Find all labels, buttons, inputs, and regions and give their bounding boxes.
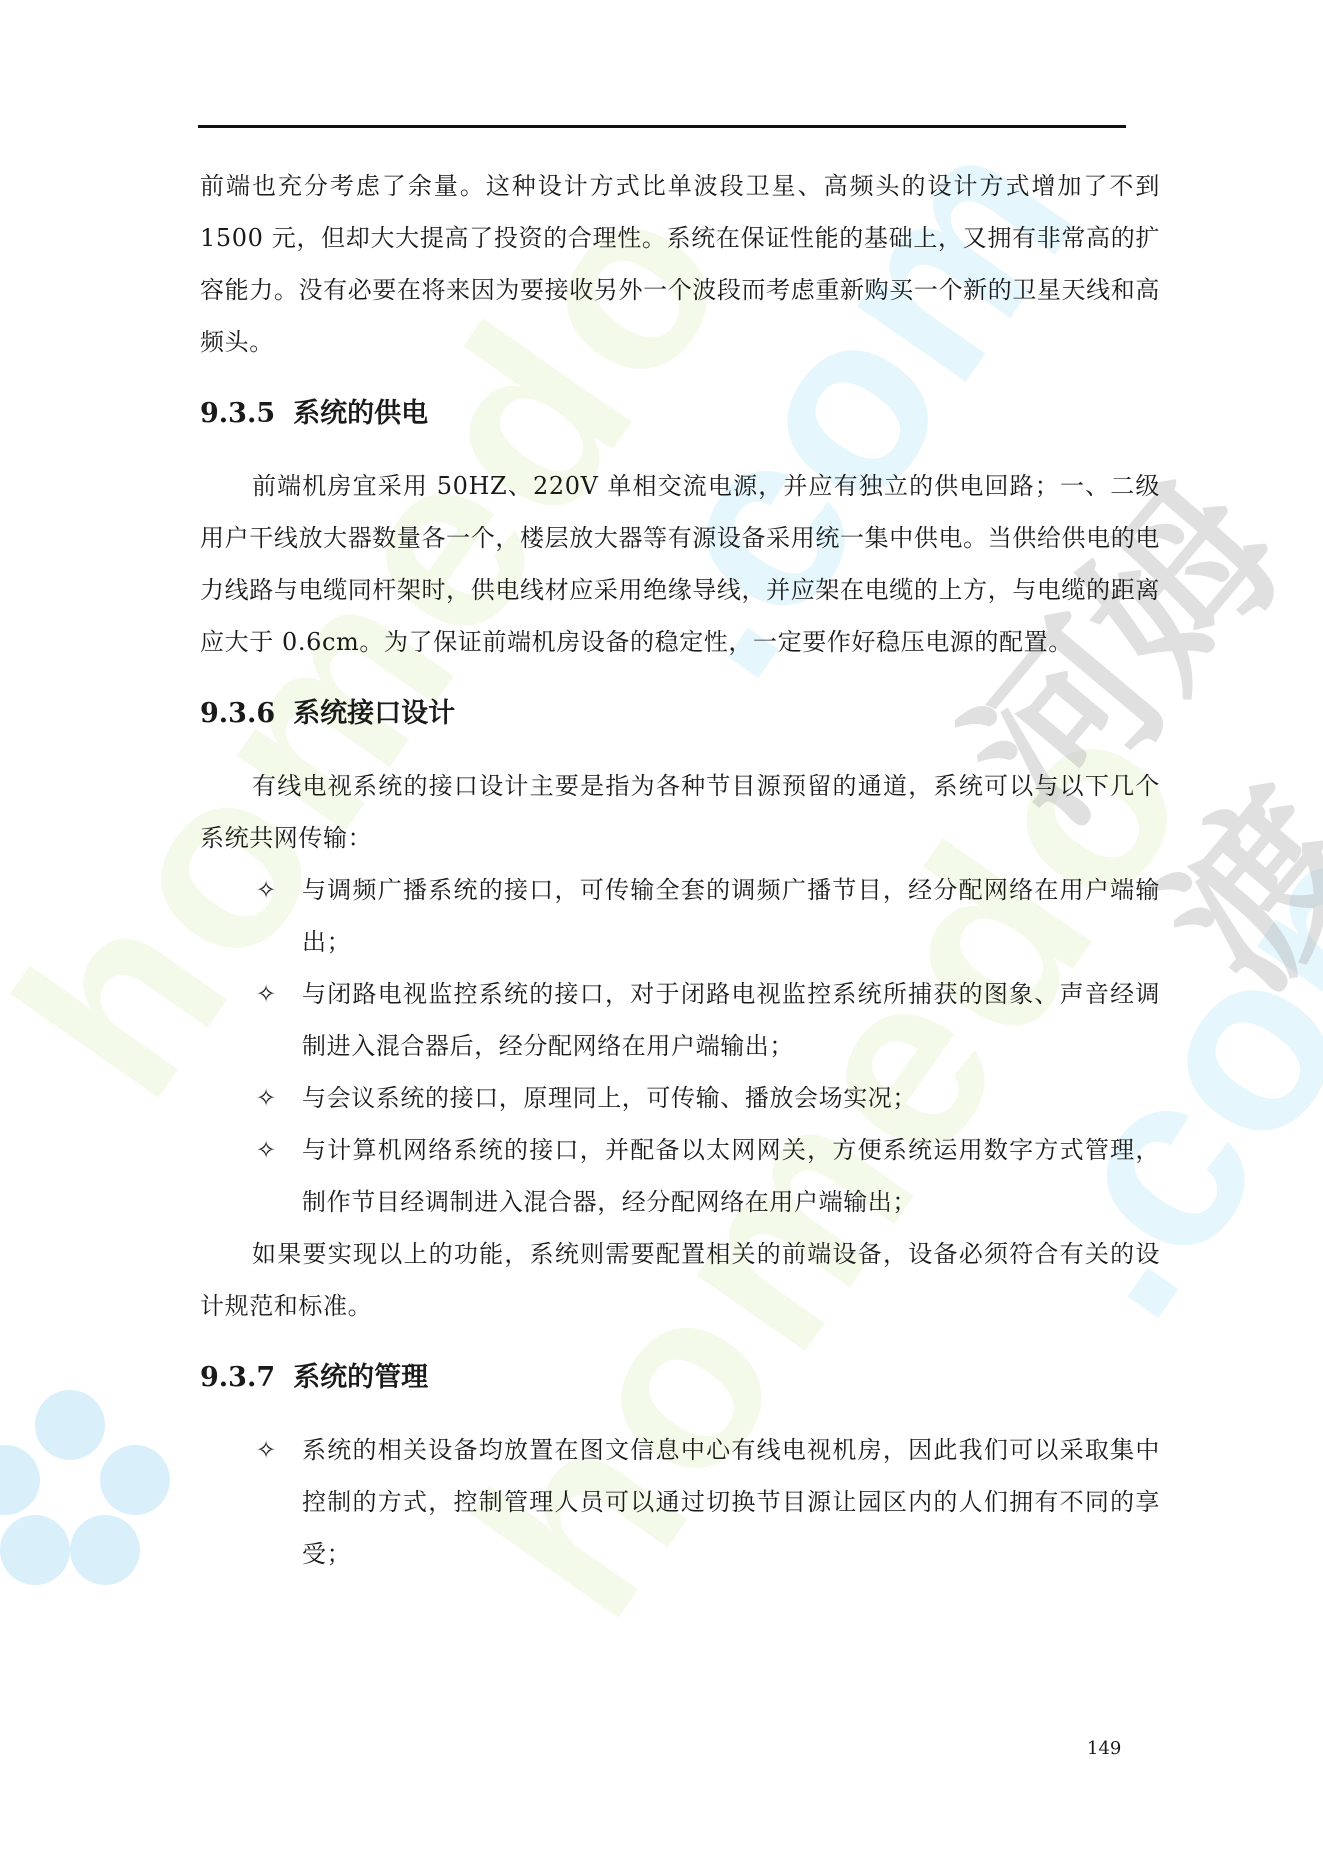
watermark-flower-logo-icon	[0, 1390, 170, 1590]
list-item: ✧系统的相关设备均放置在图文信息中心有线电视机房，因此我们可以采取集中控制的方式…	[256, 1424, 1160, 1580]
section-heading-9-3-7: 9.3.7系统的管理	[200, 1358, 1160, 1398]
list-item: ✧与调频广播系统的接口，可传输全套的调频广播节目，经分配网络在用户端输出；	[256, 864, 1160, 968]
section-title: 系统接口设计	[293, 698, 455, 729]
section-title: 系统的管理	[293, 1362, 428, 1393]
interface-bullet-list: ✧与调频广播系统的接口，可传输全套的调频广播节目，经分配网络在用户端输出； ✧与…	[200, 864, 1160, 1228]
section-heading-9-3-5: 9.3.5系统的供电	[200, 394, 1160, 434]
interface-intro-paragraph: 有线电视系统的接口设计主要是指为各种节目源预留的通道，系统可以与以下几个系统共网…	[200, 760, 1160, 864]
diamond-star-bullet-icon: ✧	[256, 1072, 277, 1124]
list-item: ✧与计算机网络系统的接口，并配备以太网网关，方便系统运用数字方式管理，制作节目经…	[256, 1124, 1160, 1228]
list-item: ✧与闭路电视监控系统的接口，对于闭路电视监控系统所捕获的图象、声音经调制进入混合…	[256, 968, 1160, 1072]
diamond-star-bullet-icon: ✧	[256, 1424, 277, 1476]
section-title: 系统的供电	[293, 398, 428, 429]
header-rule	[198, 125, 1126, 128]
section-number: 9.3.7	[200, 1362, 275, 1393]
interface-outro-paragraph: 如果要实现以上的功能，系统则需要配置相关的前端设备，设备必须符合有关的设计规范和…	[200, 1228, 1160, 1332]
management-bullet-list: ✧系统的相关设备均放置在图文信息中心有线电视机房，因此我们可以采取集中控制的方式…	[200, 1424, 1160, 1580]
list-item: ✧与会议系统的接口，原理同上，可传输、播放会场实况；	[256, 1072, 1160, 1124]
diamond-star-bullet-icon: ✧	[256, 1124, 277, 1176]
diamond-star-bullet-icon: ✧	[256, 968, 277, 1020]
page-content: 前端也充分考虑了余量。这种设计方式比单波段卫星、高频头的设计方式增加了不到 15…	[200, 160, 1160, 1580]
section-number: 9.3.6	[200, 698, 275, 729]
diamond-star-bullet-icon: ✧	[256, 864, 277, 916]
section-heading-9-3-6: 9.3.6系统接口设计	[200, 694, 1160, 734]
power-supply-paragraph: 前端机房宜采用 50HZ、220V 单相交流电源，并应有独立的供电回路；一、二级…	[200, 460, 1160, 668]
page-number: 149	[1087, 1738, 1121, 1759]
continuation-paragraph: 前端也充分考虑了余量。这种设计方式比单波段卫星、高频头的设计方式增加了不到 15…	[200, 160, 1160, 368]
section-number: 9.3.5	[200, 398, 275, 429]
